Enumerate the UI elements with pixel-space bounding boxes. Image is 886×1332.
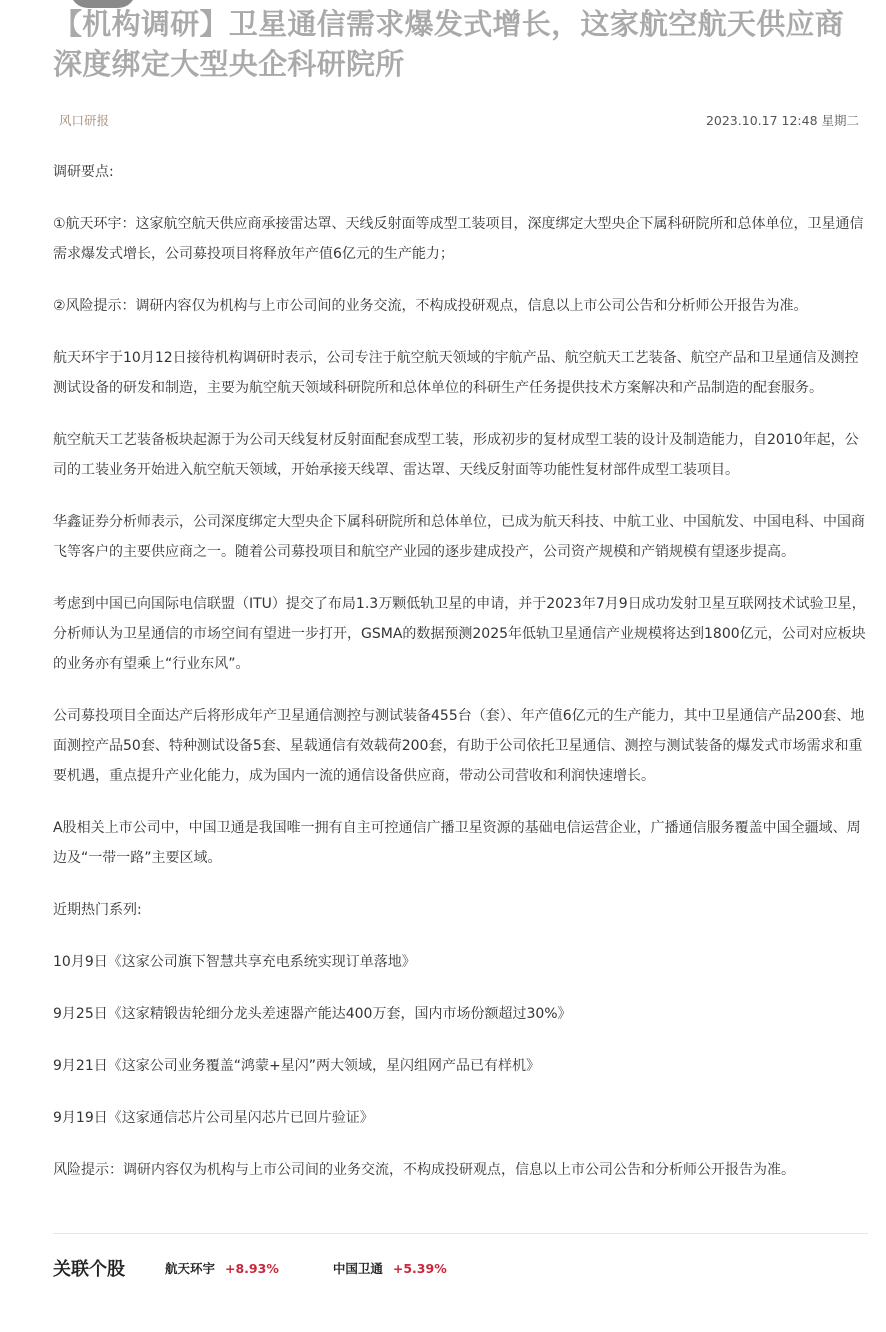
paragraph: A股相关上市公司中，中国卫通是我国唯一拥有自主可控通信广播卫星资源的基础电信运营… [53, 813, 868, 873]
series-link[interactable]: 9月21日《这家公司业务覆盖“鸿蒙+星闪”两大领域，星闪组网产品已有样机》 [53, 1051, 868, 1081]
paragraph: 航空航天工艺装备板块起源于为公司天线复材反射面配套成型工装，形成初步的复材成型工… [53, 425, 868, 485]
stock-change: +5.39% [393, 1261, 447, 1276]
paragraph: 航天环宇于10月12日接待机构调研时表示，公司专注于航空航天领域的宇航产品、航空… [53, 343, 868, 403]
related-stocks: 关联个股 航天环宇 +8.93% 中国卫通 +5.39% [53, 1255, 501, 1281]
paragraph: 考虑到中国已向国际电信联盟（ITU）提交了布局1.3万颗低轨卫星的申请，并于20… [53, 589, 868, 679]
stock-name: 中国卫通 [333, 1259, 383, 1277]
article-meta: 风口研报 2023.10.17 12:48 星期二 [53, 111, 868, 131]
paragraph: 华鑫证券分析师表示，公司深度绑定大型央企下属科研院所和总体单位，已成为航天科技、… [53, 507, 868, 567]
publish-datetime: 2023.10.17 12:48 星期二 [706, 111, 859, 131]
related-stocks-label: 关联个股 [53, 1255, 125, 1281]
stock-name: 航天环宇 [165, 1259, 215, 1277]
section-heading-recent-series: 近期热门系列: [53, 895, 868, 925]
series-link[interactable]: 9月19日《这家通信芯片公司星闪芯片已回片验证》 [53, 1103, 868, 1133]
stock-item-china-satcom[interactable]: 中国卫通 +5.39% [333, 1259, 447, 1277]
paragraph: 公司募投项目全面达产后将形成年产卫星通信测控与测试装备455台（套）、年产值6亿… [53, 701, 868, 791]
article-title: 【机构调研】卫星通信需求爆发式增长，这家航空航天供应商深度绑定大型央企科研院所 [53, 0, 868, 84]
article-body: 调研要点: ①航天环宇：这家航空航天供应商承接雷达罩、天线反射面等成型工装项目，… [53, 157, 868, 1185]
key-point-2-risk: ②风险提示：调研内容仅为机构与上市公司间的业务交流，不构成投研观点，信息以上市公… [53, 291, 868, 321]
stock-item-hangtian-huanyu[interactable]: 航天环宇 +8.93% [165, 1259, 279, 1277]
key-point-1: ①航天环宇：这家航空航天供应商承接雷达罩、天线反射面等成型工装项目，深度绑定大型… [53, 209, 868, 269]
divider [53, 1233, 868, 1234]
series-link[interactable]: 9月25日《这家精锻齿轮细分龙头差速器产能达400万套，国内市场份额超过30%》 [53, 999, 868, 1029]
risk-note: 风险提示：调研内容仅为机构与上市公司间的业务交流，不构成投研观点，信息以上市公司… [53, 1155, 868, 1185]
stock-change: +8.93% [225, 1261, 279, 1276]
section-heading-key-points: 调研要点: [53, 157, 868, 187]
source-label[interactable]: 风口研报 [59, 111, 109, 131]
series-link[interactable]: 10月9日《这家公司旗下智慧共享充电系统实现订单落地》 [53, 947, 868, 977]
article: 【机构调研】卫星通信需求爆发式增长，这家航空航天供应商深度绑定大型央企科研院所 … [53, 0, 868, 1207]
